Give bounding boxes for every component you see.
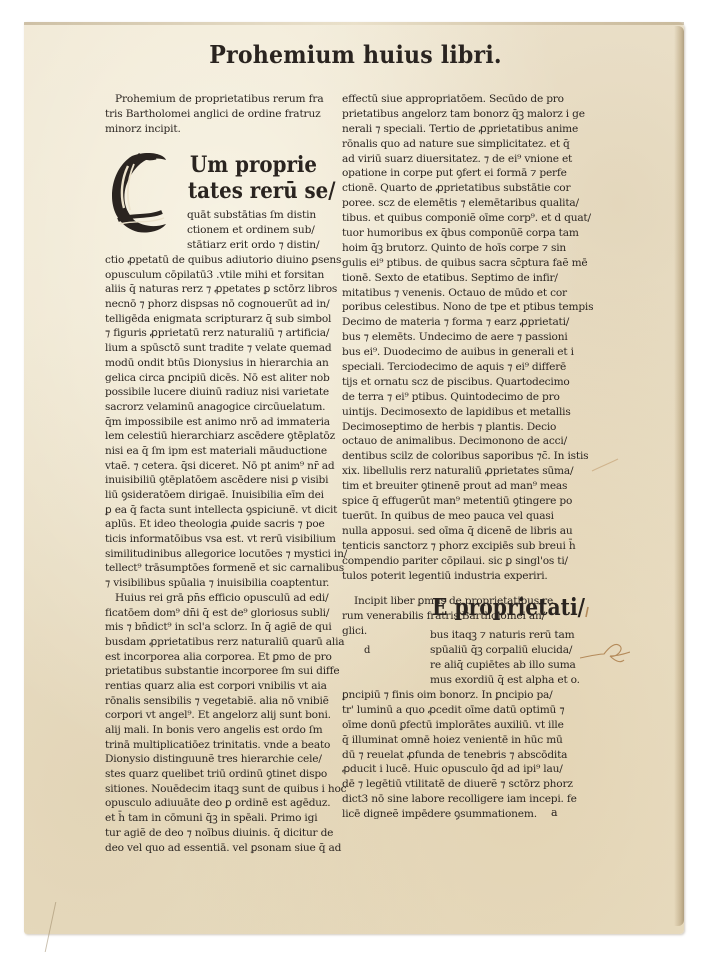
text-line: ⁊ figuris ꝓprietatū rerz naturaliū ⁊ art… <box>105 326 347 341</box>
second-initial-e: E proprietati/ <box>432 594 585 621</box>
text-line: compendio pariter cōpilaui. sic ꝑ singl'… <box>342 554 593 569</box>
text-line: rōnalis sensibilis ⁊ vegetabiẽ. alia nō … <box>105 694 347 709</box>
text-line: tellect⁹ trāsumptōes formenẽ et sic carn… <box>105 561 347 576</box>
text-line: opusculo adiuuāte deo ꝑ ordinē est agēdu… <box>105 796 347 811</box>
left-column-body: ctio ꝓpetatū de quibus adiutorio diuino … <box>105 253 347 855</box>
text-line: dict3 nō sine labore recolligere iam inc… <box>342 792 577 807</box>
text-line: sacrorz velaminū anagogice circūuelatum. <box>105 400 347 415</box>
text-line: xix. libellulis rerz naturaliū ꝓprietate… <box>342 464 593 479</box>
text-line: ⁊ visibilibus spūalia ⁊ inuisibilia coap… <box>105 576 347 591</box>
text-line: lium a spūsctō sunt tradite ⁊ velate que… <box>105 341 347 356</box>
initial-lead-lines: quāt substātias ſm distin ctionem et ord… <box>187 208 319 253</box>
folded-corner <box>45 902 87 952</box>
text-line: dentibus scilz de coloribus saporibus ⁊c… <box>342 449 593 464</box>
text-line: oīme donū ꝑfectū implorātes auxiliū. vt … <box>342 718 577 733</box>
text-line: mis ⁊ bn̄dict⁹ in scl'a sclorz. In q̄ ag… <box>105 620 347 635</box>
text-line: licē digneẽ impēdere ꝯsummationem. <box>342 807 577 822</box>
initial-word-line: tates rerū se/ <box>188 178 335 204</box>
text-line: dē ⁊ legētiū vtilitatē de diuerẽ ⁊ sctōr… <box>342 777 577 792</box>
text-line: q̄m impossibile est animo nrō ad immater… <box>105 415 347 430</box>
text-line: possibile lucere diuinū radiuz nisi vari… <box>105 385 347 400</box>
text-line: mitatibus ⁊ venenis. Octauo de mūdo et c… <box>342 286 593 301</box>
text-line: aplūs. Et ideo theologia ꝓuide sacris ⁊ … <box>105 517 347 532</box>
text-line: similitudinibus allegorice locutōes ⁊ my… <box>105 547 347 562</box>
text-line: tuor humoribus ex q̄bus componūẽ corpa t… <box>342 226 593 241</box>
text-line: inuisibiliū ꝯtēplatōem ascēdere nisi ꝑ v… <box>105 473 347 488</box>
text-line: speciali. Terciodecimo de aquis ⁊ ei⁹ di… <box>342 360 593 375</box>
text-line: nisi ea q̄ ſm ipm est materiali māuducti… <box>105 444 347 459</box>
text-line: hoim q̄ꝫ brutorz. Quinto de hoīs corpe ⁊… <box>342 241 593 256</box>
text-line: trinā multiplicatiōez trinitatis. vnde a… <box>105 738 347 753</box>
decorated-initial-c-icon <box>108 150 164 232</box>
text-line: alij mali. In bonis vero angelis est ord… <box>105 723 347 738</box>
text-line: tur agiẽ de deo ⁊ noībus diuinis. q̄ dic… <box>105 826 347 841</box>
initial-word-line: Um proprie <box>190 152 317 178</box>
text-line: poribus celestibus. Nono de tpe et ptibu… <box>342 300 593 315</box>
right-column-tail: ꝑncipiū ⁊ finis oim bonorz. In ꝑncipio p… <box>342 688 577 822</box>
text-line: rōnalis quo ad nature sue simplicitatez.… <box>342 137 593 152</box>
text-line: ctionē. Quarto de ꝓprietatibus substātie… <box>342 181 593 196</box>
text-line: ficatōem dom⁹ dn̄i q̄ est de⁹ gloriosus … <box>105 606 347 621</box>
text-line: tuerūt. In quibus de meo pauca vel quasi <box>342 509 593 524</box>
text-line: et h̄ tam in cōmuni q̄ꝫ in spēali. Primo… <box>105 811 347 826</box>
second-lead-lines: bus itaqꝫ ⁊ naturis rerū tam spūaliū q̄ꝫ… <box>430 628 580 688</box>
text-line: modū ondit btūs Dionysius in hierarchia … <box>105 356 347 371</box>
text-line: vtaẽ. ⁊ cetera. q̄si diceret. Nō pt anim… <box>105 459 347 474</box>
text-line: prietatibus substantie incorporee ſm sui… <box>105 664 347 679</box>
text-line: ctionem et ordinem sub/ <box>187 223 319 238</box>
text-line: ꝑ ea q̄ facta sunt intellecta ꝯspiciunẽ.… <box>105 503 347 518</box>
text-line: tibus. et quibus componiẽ oīme corp⁹. et… <box>342 211 593 226</box>
signature-mark: a <box>551 806 558 819</box>
text-line: stes quarz quelibet triū ordinū ꝯtinet d… <box>105 767 347 782</box>
text-line: deo vel quo ad essentiā. vel ꝑsonam siue… <box>105 841 347 856</box>
text-line: prietatibus angelorz tam bonorz q̄ꝫ malo… <box>342 107 593 122</box>
text-line: ticis informatōibus vsa est. vt rerū vis… <box>105 532 347 547</box>
text-line: q̄ illuminat omnē hoiez venientē in hūc … <box>342 733 577 748</box>
text-line: telligēda enigmata scripturarz q̄ sub si… <box>105 312 347 327</box>
text-line: tijs et ornatu scz de piscibus. Quartode… <box>342 375 593 390</box>
text-line: busdam ꝓprietatibus rerz naturaliū quarū… <box>105 635 347 650</box>
text-line: lem celestiū hierarchiarz ascēdere ꝯtēpl… <box>105 429 347 444</box>
text-line: effectū siue appropriatōem. Secūdo de pr… <box>342 92 593 107</box>
text-line: quāt substātias ſm distin <box>187 208 319 223</box>
text-line: tionē. Sexto de etatibus. Septimo de inf… <box>342 271 593 286</box>
text-line: octauo de animalibus. Decimonono de acci… <box>342 434 593 449</box>
heading-line: Prohemium de proprietatibus rerum fra <box>105 92 330 107</box>
text-line: poree. scz de elemētis ⁊ elemētaribus qu… <box>342 196 593 211</box>
running-title: Prohemium huius libri. <box>28 40 682 69</box>
text-line: corpori vt angel⁹. Et angelorz alij sunt… <box>105 708 347 723</box>
rubricator-guide-letter: d <box>364 645 370 656</box>
text-line: uintijs. Decimosexto de lapidibus et met… <box>342 405 593 420</box>
left-column-heading: Prohemium de proprietatibus rerum fra tr… <box>105 92 330 137</box>
text-line: ctio ꝓpetatū de quibus adiutorio diuino … <box>105 253 347 268</box>
text-line: Decimo de materia ⁊ forma ⁊ earz ꝓprieta… <box>342 315 593 330</box>
text-line: tulos poterit legentiū industria experir… <box>342 569 593 584</box>
text-line: spūaliū q̄ꝫ corpaliū elucida/ <box>430 643 580 658</box>
text-line: stātiarz erit ordo ⁊ distin/ <box>187 238 319 253</box>
text-line: ad viriū suarz diuersitatez. ⁊ de ei⁹ vn… <box>342 152 593 167</box>
text-line: tenticis sanctorz ⁊ phorz excipiēs sub b… <box>342 539 593 554</box>
text-line: gulis ei⁹ ptibus. de quibus sacra sc̄ptu… <box>342 256 593 271</box>
text-line: de terra ⁊ ei⁹ ptibus. Quintodecimo de p… <box>342 390 593 405</box>
text-line: gelica circa ꝑncipiū dicēs. Nō est alite… <box>105 371 347 386</box>
text-line: nerali ⁊ speciali. Tertio de ꝓprietatibu… <box>342 122 593 137</box>
text-line: bus ei⁹. Duodecimo de auibus in generali… <box>342 345 593 360</box>
text-line: spice q̄ effugerūt man⁹ metentiū ꝯtinger… <box>342 494 593 509</box>
heading-line: minorz incipit. <box>105 122 330 137</box>
text-line: rentias quarz alia est corpori vnibilis … <box>105 679 347 694</box>
text-line: sitiones. Nouēdecim itaqꝫ sunt de quibus… <box>105 782 347 797</box>
margin-flourish-icon <box>580 640 630 670</box>
text-line: Huius rei grā pn̄s efficio opusculū ad e… <box>105 591 347 606</box>
text-line: Decimoseptimo de herbis ⁊ plantis. Decio <box>342 420 593 435</box>
text-line: opusculum cōpilatū3 .vtile mihi et forsi… <box>105 268 347 283</box>
text-line: ꝑncipiū ⁊ finis oim bonorz. In ꝑncipio p… <box>342 688 577 703</box>
spacer <box>342 583 593 594</box>
text-line: ꝓducit i lucē. Huic opusculo q̄d ad ipi⁹… <box>342 762 577 777</box>
text-line: necnō ⁊ phorz dispsas nō cognouerūt ad i… <box>105 297 347 312</box>
text-line: opatione in corpe put ꝯfert ei formā ⁊ p… <box>342 166 593 181</box>
text-line: re aliq̄ cupiētes ab illo suma <box>430 658 580 673</box>
text-line: dū ⁊ reuelat ꝓfunda de tenebris ⁊ abscōd… <box>342 748 577 763</box>
text-line: bus ⁊ elemēts. Undecimo de aere ⁊ passio… <box>342 330 593 345</box>
text-line: est incorporea alia corporea. Et ꝑmo de … <box>105 650 347 665</box>
text-line: tr' luminū a quo ꝓcedit oīme datū optimū… <box>342 703 577 718</box>
text-line: liū ꝯsideratōem dirigaẽ. Inuisibilia eīm… <box>105 488 347 503</box>
margin-stroke-icon <box>590 455 620 475</box>
text-line: mus exordiū q̄ est alpha et o. <box>430 673 580 688</box>
text-line: bus itaqꝫ ⁊ naturis rerū tam <box>430 628 580 643</box>
text-line: Dionysio distinguunẽ tres hierarchie cel… <box>105 752 347 767</box>
right-column-body: effectū siue appropriatōem. Secūdo de pr… <box>342 92 593 639</box>
text-line: aliis q̄ naturas rerz ⁊ ꝓpetates ꝑ sctōr… <box>105 282 347 297</box>
margin-tick-icon <box>584 606 590 618</box>
text-line: tim et breuiter ꝯtinenẽ prout ad man⁹ me… <box>342 479 593 494</box>
heading-line: tris Bartholomei anglici de ordine fratr… <box>105 107 330 122</box>
text-line: nulla apposui. sed oīma q̄ dicenẽ de lib… <box>342 524 593 539</box>
